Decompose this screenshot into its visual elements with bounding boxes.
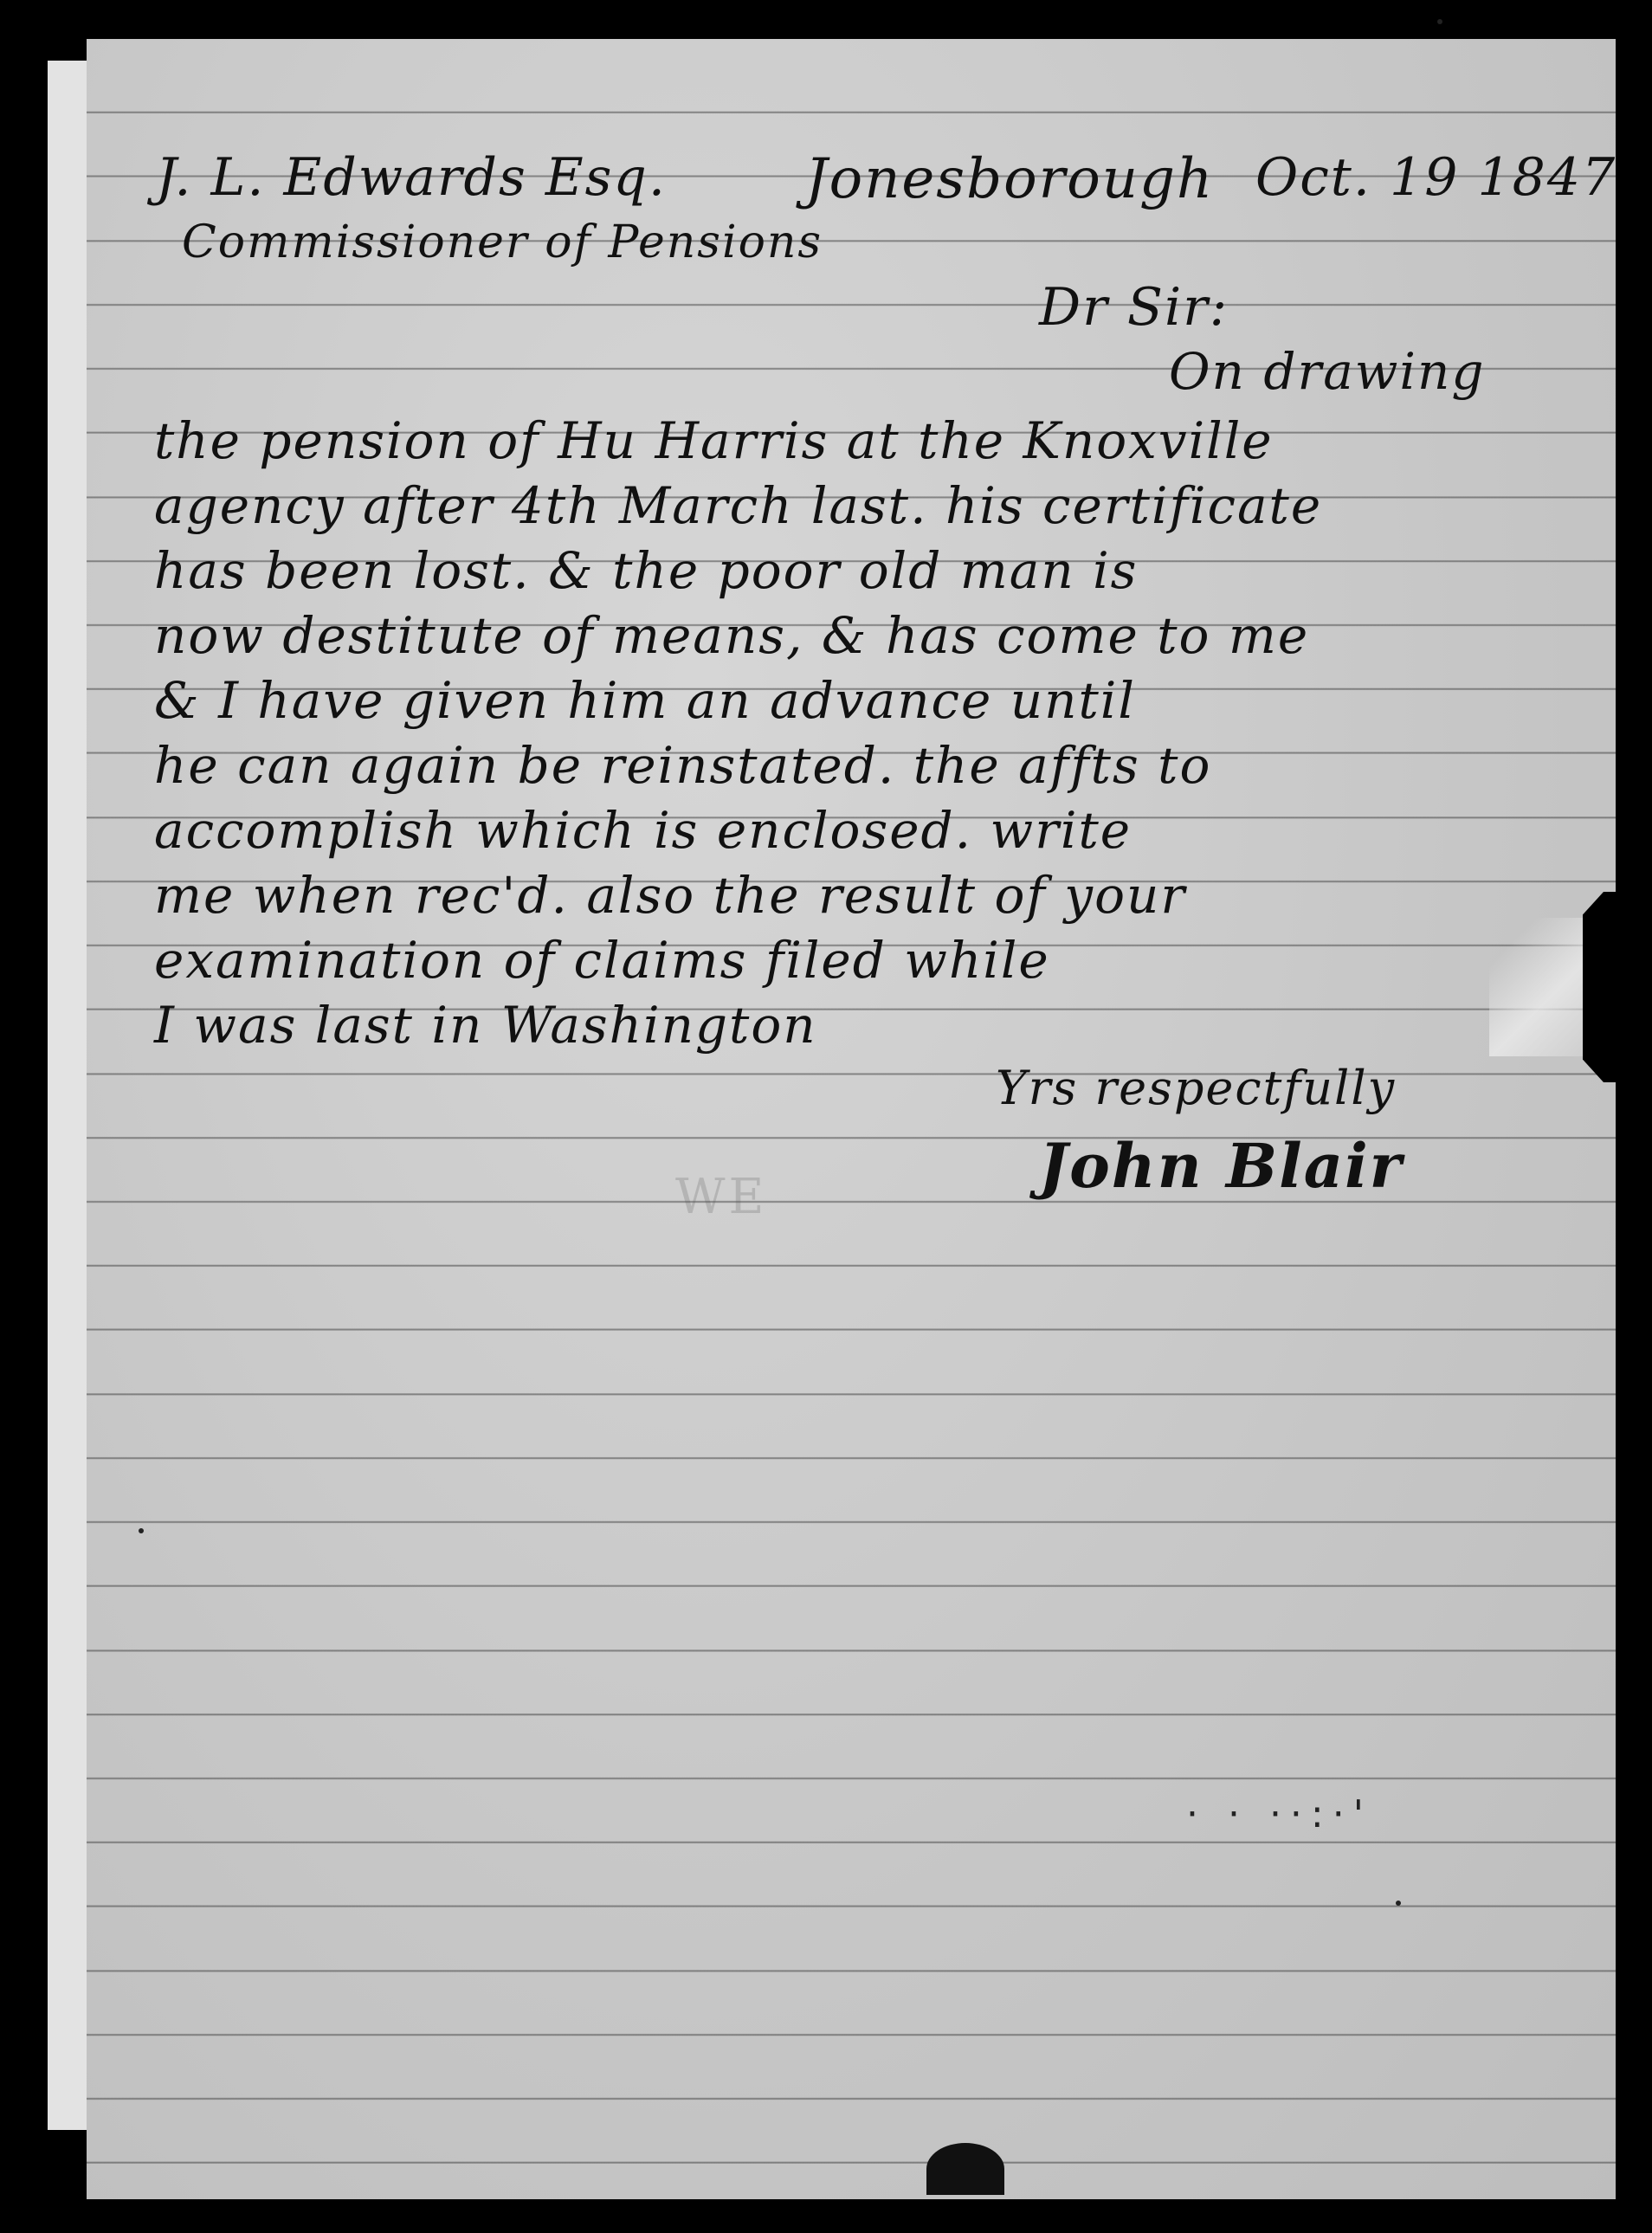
speck	[1396, 1901, 1401, 1906]
salutation: Dr Sir:	[1039, 277, 1229, 338]
paper-tear-highlight	[1489, 918, 1584, 1056]
body-line: has been lost. & the poor old man is	[154, 541, 1138, 600]
addressee: J. L. Edwards Esq.	[156, 147, 667, 208]
body-line: On drawing	[1169, 342, 1485, 401]
addressee-title: Commissioner of Pensions	[182, 216, 823, 268]
body-line: now destitute of means, & has come to me	[154, 606, 1309, 665]
body-line: accomplish which is enclosed. write	[154, 801, 1132, 860]
speck	[139, 1528, 144, 1533]
paper-notch	[1583, 892, 1652, 1082]
body-line: me when rec'd. also the result of your	[154, 866, 1186, 925]
date: Oct. 19 1847	[1255, 147, 1617, 208]
speck	[1437, 19, 1442, 24]
body-line: & I have given him an advance until	[154, 671, 1136, 730]
body-line: examination of claims filed while	[154, 931, 1050, 990]
signature: John Blair	[1039, 1130, 1404, 1202]
closing: Yrs respectfully	[996, 1061, 1396, 1115]
faint-stamp: WE	[675, 1169, 767, 1225]
body-line: agency after 4th March last. his certifi…	[154, 476, 1322, 535]
paper-left-strip	[48, 61, 91, 2130]
bottom-blot	[926, 2143, 1004, 2195]
body-line: he can again be reinstated. the affts to	[154, 736, 1211, 795]
body-line: the pension of Hu Harris at the Knoxvill…	[154, 411, 1274, 470]
body-line: I was last in Washington	[154, 996, 817, 1055]
bottom-marks: · · ··:·'	[1186, 1792, 1372, 1836]
place: Jonesborough	[805, 147, 1214, 211]
